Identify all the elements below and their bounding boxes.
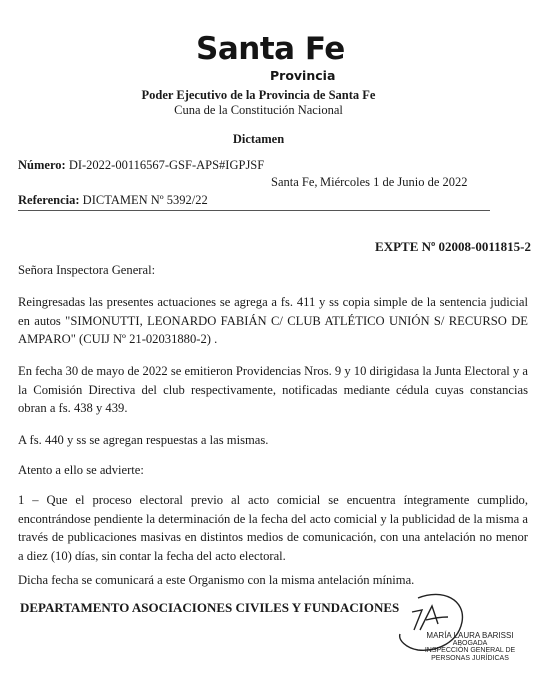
numero-row: Número: DI-2022-00116567-GSF-APS#IGPJSF — [18, 158, 264, 173]
referencia-row: Referencia: DICTAMEN Nº 5392/22 — [18, 193, 208, 208]
paragraph-4: Atento a ello se advierte: — [18, 461, 528, 480]
paragraph-1: Reingresadas las presentes actuaciones s… — [18, 293, 528, 349]
numero-label: Número: — [18, 158, 66, 172]
signature-stamp: MARÍA LAURA BARISSI ABOGADA INSPECCIÓN G… — [420, 632, 520, 662]
expediente-number: EXPTE Nº 02008-0011815-2 — [375, 239, 531, 255]
divider — [18, 210, 490, 211]
signer-org-1: INSPECCIÓN GENERAL DE — [420, 647, 520, 655]
numero-value: DI-2022-00116567-GSF-APS#IGPJSF — [69, 158, 264, 172]
salutation: Señora Inspectora General: — [18, 261, 528, 280]
paragraph-6: Dicha fecha se comunicará a este Organis… — [18, 571, 528, 590]
signer-title: ABOGADA — [420, 640, 520, 648]
place: Santa Fe, — [271, 175, 318, 190]
referencia-value: DICTAMEN Nº 5392/22 — [83, 193, 208, 207]
paragraph-5: 1 – Que el proceso electoral previo al a… — [18, 491, 528, 565]
logo-subtitle: Provincia — [270, 70, 335, 83]
paragraph-3: A fs. 440 y ss se agregan respuestas a l… — [18, 431, 528, 450]
signer-name: MARÍA LAURA BARISSI — [420, 632, 520, 640]
department-name: DEPARTAMENTO ASOCIACIONES CIVILES Y FUND… — [20, 600, 399, 616]
date: Miércoles 1 de Junio de 2022 — [320, 175, 468, 190]
paragraph-2: En fecha 30 de mayo de 2022 se emitieron… — [18, 362, 528, 418]
document-type: Dictamen — [0, 132, 531, 147]
referencia-label: Referencia: — [18, 193, 80, 207]
header-executive: Poder Ejecutivo de la Provincia de Santa… — [0, 88, 531, 103]
signer-org-2: PERSONAS JURÍDICAS — [420, 655, 520, 663]
header-motto: Cuna de la Constitución Nacional — [0, 103, 531, 118]
santa-fe-logo: Santa Fe — [196, 34, 345, 65]
